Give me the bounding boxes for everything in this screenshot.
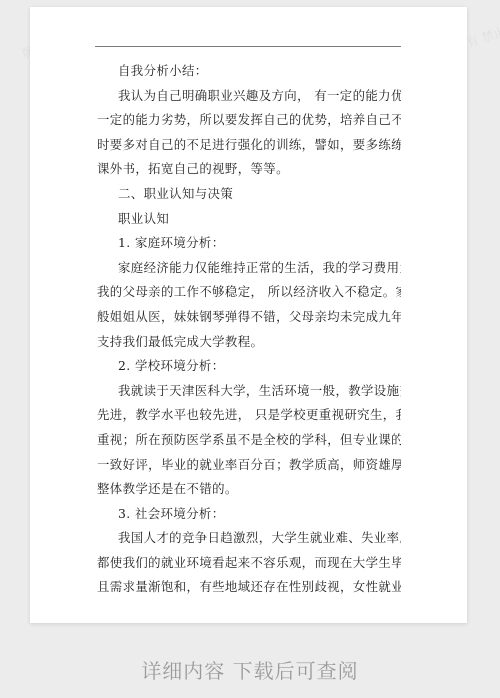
download-hint[interactable]: 详细内容 下载后可查阅 [0,655,500,684]
paragraph-line: 课外书，拓宽自己的视野，等等。 [97,157,401,182]
paragraph-line: 我就读于天津医科大学，生活环境一般，教学设施齐全， 且比较 [97,379,401,404]
paragraph-line: 一致好评，毕业的就业率百分百；教学质高，师资雄厚，总的来说， [97,453,401,478]
paragraph-line: 重视；所在预防医学系虽不是全校的学科，但专业课的科目开设受到 [97,428,401,453]
section-heading: 3. 社会环境分析： [97,502,401,527]
paragraph-line: 支持我们最低完成大学教程。 [97,330,401,355]
paragraph-line: 且需求量渐饱和，有些地域还存在性别歧视，女性就业前景不是很好。 [97,575,401,600]
header-rule [95,46,401,47]
section-heading: 自我分析小结： [97,59,401,84]
section-heading: 二、职业认知与决策 [97,182,401,207]
document-page: 自我分析小结：我认为自己明确职业兴趣及方向， 有一定的能力优势， 但是也有一定的… [30,7,467,623]
section-heading: 职业认知 [97,207,401,232]
paragraph-line: 我的父母亲的工作不够稳定， 所以经济收入不稳定。家庭文化氛围一 [97,280,401,305]
paragraph-line: 般姐姐从医，妹妹钢琴弹得不错，父母亲均未完成九年义务教育，但 [97,305,401,330]
section-heading: 2. 学校环境分析： [97,354,401,379]
document-body: 自我分析小结：我认为自己明确职业兴趣及方向， 有一定的能力优势， 但是也有一定的… [97,59,401,600]
section-heading: 1. 家庭环境分析： [97,231,401,256]
paragraph-line: 我认为自己明确职业兴趣及方向， 有一定的能力优势， 但是也有 [97,84,401,109]
paragraph-line: 家庭经济能力仅能维持正常的生活，我的学习费用为全额贷款。 [97,256,401,281]
paragraph-line: 整体教学还是在不错的。 [97,477,401,502]
paragraph-line: 都使我们的就业环境看起来不容乐观，而现在大学生毕业渐渐增多， [97,551,401,576]
paragraph-line: 先进，教学水平也较先进， 只是学校更重视研究生，我们本科生不受 [97,403,401,428]
paragraph-line: 我国人才的竞争日趋激烈，大学生就业难、失业率居高不下等等， [97,526,401,551]
paragraph-line: 时要多对自己的不足进行强化的训练，譬如，要多练练写作，多看一些 [97,133,401,158]
paragraph-line: 一定的能力劣势，所以要发挥自己的优势，培养自己不够的能力。平 [97,108,401,133]
